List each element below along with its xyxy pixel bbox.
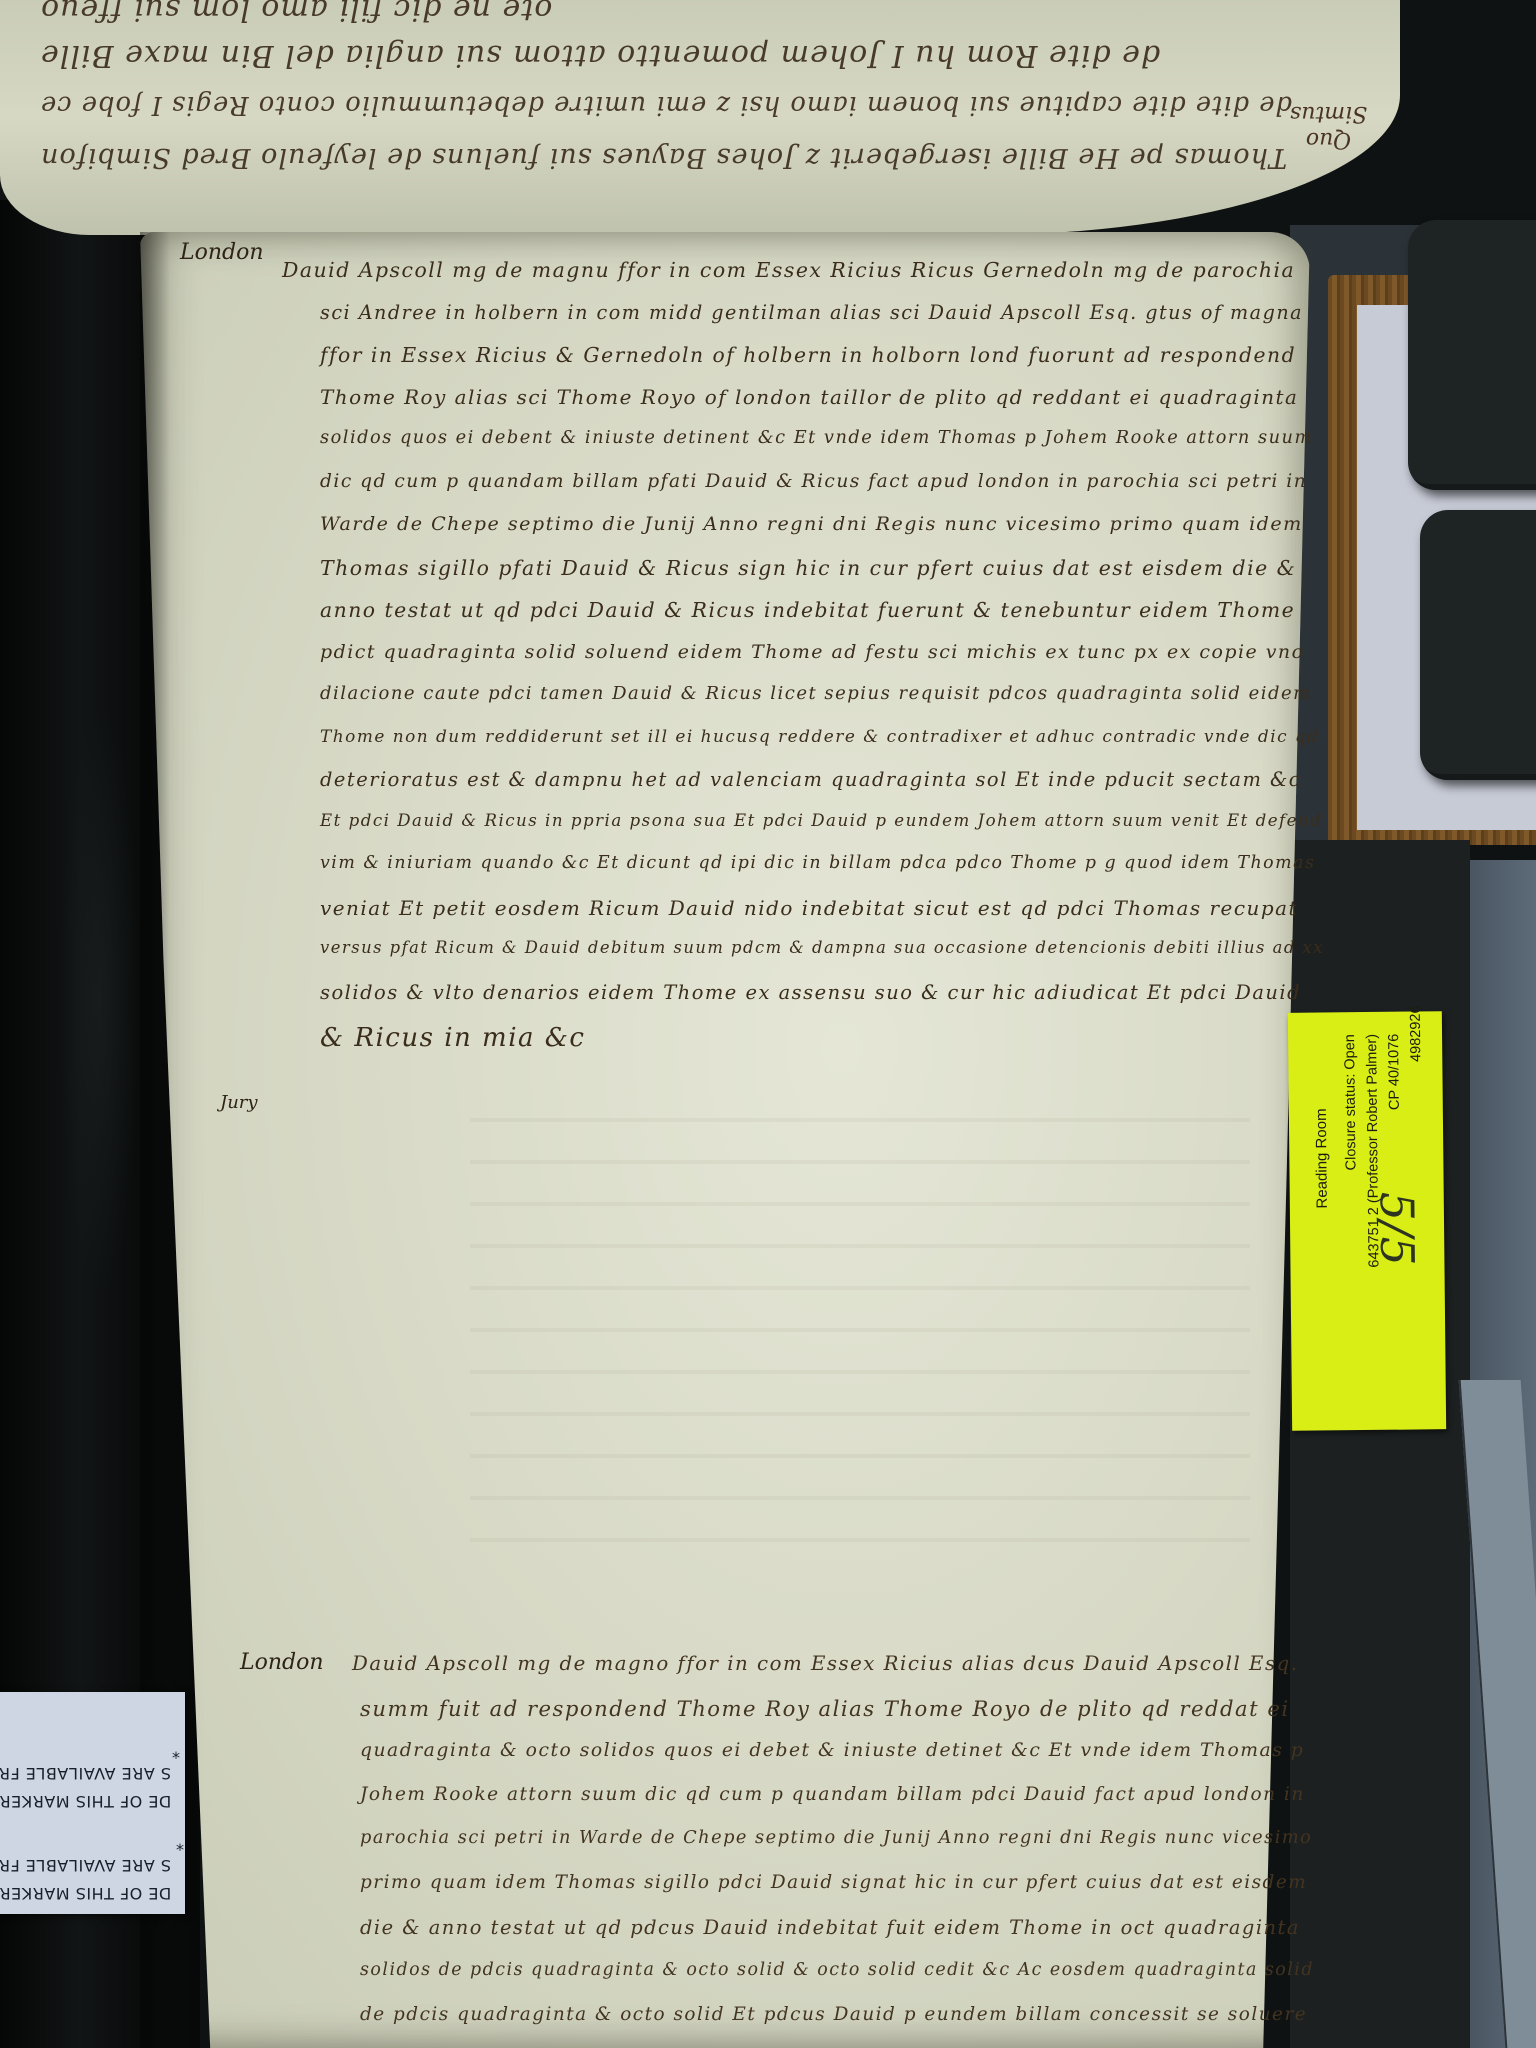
script-line: versus pfat Ricum & Dauid debitum suum p… <box>320 938 1324 957</box>
slip-partial-number: 4982926 <box>1408 1005 1425 1062</box>
slip-closure-status: Closure status: Open <box>1342 1034 1359 1170</box>
margin-note-line: Simtus <box>1290 100 1367 126</box>
script-line: veniat Et petit eosdem Ricum Dauid nido … <box>320 896 1298 920</box>
script-line: Et pdci Dauid & Ricus in ppria psona sua… <box>320 811 1322 830</box>
script-line: Dauid Apscoll mg de magno ffor in com Es… <box>352 1652 1298 1675</box>
script-line: Johem Rooke attorn suum dic qd cum p qua… <box>360 1784 1305 1805</box>
upper-margin-note: Quo Simtus <box>1290 100 1367 152</box>
power-adapter-device: TDC <box>1420 510 1536 780</box>
script-line: die & anno testat ut qd pdcus Dauid inde… <box>360 1916 1300 1939</box>
script-line: parochia sci petri in Warde de Chepe sep… <box>360 1828 1312 1848</box>
script-line: Warde de Chepe septimo die Junij Anno re… <box>320 513 1303 535</box>
slip-location: Reading Room <box>1313 1108 1331 1208</box>
slip-reference: CP 40/1076 <box>1386 1034 1403 1110</box>
margin-label-county: London <box>180 240 264 265</box>
script-line: quadraginta & octo solidos quos ei debet… <box>360 1740 1304 1761</box>
script-line: summ fuit ad respondend Thome Roy alias … <box>360 1696 1290 1721</box>
margin-note-line: Quo <box>1290 126 1367 152</box>
script-line: Thomas pe He Bille isergeberit z Johes B… <box>40 142 1287 173</box>
marker-text-line: S ARE AVAILABLE FROM <box>0 1856 171 1875</box>
script-line: & Ricus in mia &c <box>320 1023 585 1053</box>
script-line: primo quam idem Thomas sigillo pdci Daui… <box>360 1872 1307 1893</box>
script-line: Thome non dum reddiderunt set ill ei huc… <box>320 726 1320 746</box>
margin-label-county: London <box>240 1650 324 1675</box>
script-line: de dite dite capitue sui bonem iamo hsi … <box>40 90 1292 120</box>
script-line: pdict quadraginta solid soluend eidem Th… <box>320 641 1304 663</box>
script-line: sci Andree in holbern in com midd gentil… <box>320 301 1303 324</box>
script-line: vim & iniuriam quando &c Et dicunt qd ip… <box>320 853 1315 873</box>
script-line: solidos quos ei debent & iniuste detinen… <box>320 428 1313 448</box>
marker-text-line: DE OF THIS MARKER. <box>0 1792 171 1811</box>
script-line: de dite Rom hu I Johem pomentto attom su… <box>40 38 1160 73</box>
side-mark: Jury <box>220 1092 258 1113</box>
script-line: Dauid Apscoll mg de magnu ffor in com Es… <box>282 258 1295 282</box>
script-line: anno testat ut qd pdci Dauid & Ricus ind… <box>320 598 1295 622</box>
marker-asterisk: * <box>172 1748 180 1767</box>
upper-inverted-membrane: ote ne dic fili amo lom sui ffeuo de dit… <box>0 0 1400 235</box>
power-adapter-device: TDC MODEL NO.: DE5A-11WP <box>1408 220 1536 490</box>
script-line: ffor in Essex Ricius & Gernedoln of holb… <box>320 343 1296 367</box>
script-line: dic qd cum p quandam billam pfati Dauid … <box>320 471 1307 492</box>
script-line: dilacione caute pdci tamen Dauid & Ricus… <box>320 683 1312 704</box>
marker-text-line: DE OF THIS MARKER. <box>0 1884 171 1903</box>
script-line: solidos de pdcis quadraginta & octo soli… <box>360 1960 1314 1980</box>
marker-asterisk: * <box>176 1840 184 1859</box>
white-marker-card: * S ARE AVAILABLE FROM DE OF THIS MARKER… <box>0 1692 185 1914</box>
script-line: ote ne dic fili amo lom sui ffeuo <box>40 0 552 27</box>
script-line: Thome Roy alias sci Thome Royo of london… <box>320 386 1298 409</box>
script-line: de pdcis quadraginta & octo solid Et pdc… <box>360 2004 1307 2025</box>
show-through-lines <box>470 1080 1250 1580</box>
script-line: solidos & vlto denarios eidem Thome ex a… <box>320 981 1301 1004</box>
marker-text-line: S ARE AVAILABLE FROM <box>0 1764 171 1783</box>
document-order-slip: 4982926 CP 40/1076 643751 2 (Professor R… <box>1288 1011 1446 1431</box>
script-line: Thomas sigillo pfati Dauid & Ricus sign … <box>320 556 1296 580</box>
script-line: deterioratus est & dampnu het ad valenci… <box>320 768 1301 791</box>
slip-handwritten-number: 5/5 <box>1370 1191 1425 1266</box>
